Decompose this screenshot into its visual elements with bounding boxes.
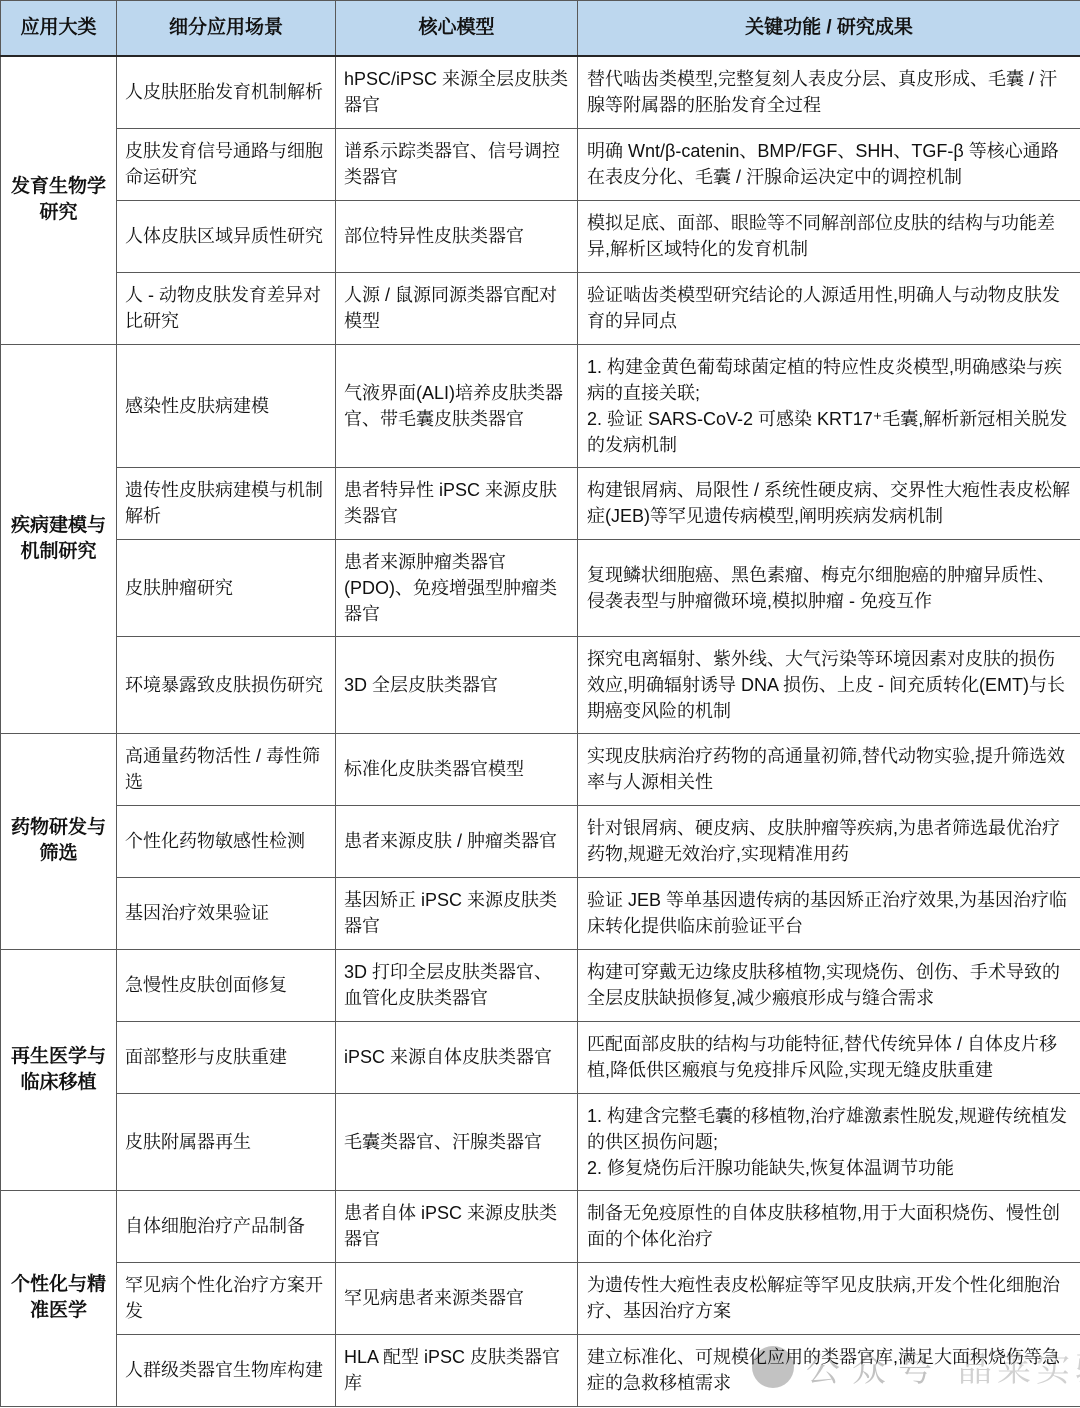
outcome-cell: 模拟足底、面部、眼睑等不同解剖部位皮肤的结构与功能差异,解析区域特化的发育机制 [578,200,1080,272]
outcome-cell: 复现鳞状细胞癌、黑色素瘤、梅克尔细胞癌的肿瘤异质性、侵袭表型与肿瘤微环境,模拟肿… [578,539,1080,636]
outcome-cell: 制备无免疫原性的自体皮肤移植物,用于大面积烧伤、慢性创面的个体化治疗 [578,1190,1080,1262]
header-cell-outcome: 关键功能 / 研究成果 [578,1,1080,57]
scenario-cell: 皮肤附属器再生 [117,1093,336,1190]
table-row: 皮肤肿瘤研究患者来源肿瘤类器官(PDO)、免疫增强型肿瘤类器官复现鳞状细胞癌、黑… [1,539,1080,636]
table-row: 药物研发与筛选高通量药物活性 / 毒性筛选标准化皮肤类器官模型实现皮肤病治疗药物… [1,733,1080,805]
outcome-cell: 1. 构建含完整毛囊的移植物,治疗雄激素性脱发,规避传统植发的供区损伤问题; 2… [578,1093,1080,1190]
model-cell: 人源 / 鼠源同源类器官配对模型 [336,272,578,344]
table-row: 遗传性皮肤病建模与机制解析患者特异性 iPSC 来源皮肤类器官构建银屑病、局限性… [1,467,1080,539]
model-cell: HLA 配型 iPSC 皮肤类器官库 [336,1334,578,1406]
model-cell: 3D 打印全层皮肤类器官、血管化皮肤类器官 [336,949,578,1021]
table-row: 基因治疗效果验证基因矫正 iPSC 来源皮肤类器官验证 JEB 等单基因遗传病的… [1,877,1080,949]
model-cell: 谱系示踪类器官、信号调控类器官 [336,128,578,200]
table-row: 个性化与精准医学自体细胞治疗产品制备患者自体 iPSC 来源皮肤类器官制备无免疫… [1,1190,1080,1262]
scenario-cell: 人皮肤胚胎发育机制解析 [117,56,336,128]
scenario-cell: 罕见病个性化治疗方案开发 [117,1262,336,1334]
model-cell: 患者特异性 iPSC 来源皮肤类器官 [336,467,578,539]
scenario-cell: 面部整形与皮肤重建 [117,1021,336,1093]
outcome-cell: 验证 JEB 等单基因遗传病的基因矫正治疗效果,为基因治疗临床转化提供临床前验证… [578,877,1080,949]
outcome-cell: 针对银屑病、硬皮病、皮肤肿瘤等疾病,为患者筛选最优治疗药物,规避无效治疗,实现精… [578,805,1080,877]
model-cell: 患者来源皮肤 / 肿瘤类器官 [336,805,578,877]
model-cell: 罕见病患者来源类器官 [336,1262,578,1334]
model-cell: 患者自体 iPSC 来源皮肤类器官 [336,1190,578,1262]
header-cell-category: 应用大类 [1,1,117,57]
header-cell-scenario: 细分应用场景 [117,1,336,57]
scenario-cell: 人群级类器官生物库构建 [117,1334,336,1406]
outcome-cell: 明确 Wnt/β-catenin、BMP/FGF、SHH、TGF-β 等核心通路… [578,128,1080,200]
outcome-cell: 建立标准化、可规模化应用的类器官库,满足大面积烧伤等急症的急救移植需求 [578,1334,1080,1406]
model-cell: 部位特异性皮肤类器官 [336,200,578,272]
table-row: 人体皮肤区域异质性研究部位特异性皮肤类器官模拟足底、面部、眼睑等不同解剖部位皮肤… [1,200,1080,272]
table-row: 环境暴露致皮肤损伤研究3D 全层皮肤类器官探究电离辐射、紫外线、大气污染等环境因… [1,636,1080,733]
table-row: 人群级类器官生物库构建HLA 配型 iPSC 皮肤类器官库建立标准化、可规模化应… [1,1334,1080,1406]
table-row: 人 - 动物皮肤发育差异对比研究人源 / 鼠源同源类器官配对模型验证啮齿类模型研… [1,272,1080,344]
table-row: 发育生物学研究人皮肤胚胎发育机制解析hPSC/iPSC 来源全层皮肤类器官替代啮… [1,56,1080,128]
outcome-cell: 替代啮齿类模型,完整复刻人表皮分层、真皮形成、毛囊 / 汗腺等附属器的胚胎发育全… [578,56,1080,128]
scenario-cell: 基因治疗效果验证 [117,877,336,949]
scenario-cell: 人体皮肤区域异质性研究 [117,200,336,272]
scenario-cell: 环境暴露致皮肤损伤研究 [117,636,336,733]
table-row: 疾病建模与机制研究感染性皮肤病建模气液界面(ALI)培养皮肤类器官、带毛囊皮肤类… [1,344,1080,467]
model-cell: hPSC/iPSC 来源全层皮肤类器官 [336,56,578,128]
model-cell: 标准化皮肤类器官模型 [336,733,578,805]
outcome-cell: 构建银屑病、局限性 / 系统性硬皮病、交界性大疱性表皮松解症(JEB)等罕见遗传… [578,467,1080,539]
table-row: 再生医学与临床移植急慢性皮肤创面修复3D 打印全层皮肤类器官、血管化皮肤类器官构… [1,949,1080,1021]
scenario-cell: 感染性皮肤病建模 [117,344,336,467]
scenario-cell: 遗传性皮肤病建模与机制解析 [117,467,336,539]
scenario-cell: 人 - 动物皮肤发育差异对比研究 [117,272,336,344]
outcome-cell: 为遗传性大疱性表皮松解症等罕见皮肤病,开发个性化细胞治疗、基因治疗方案 [578,1262,1080,1334]
scenario-cell: 皮肤发育信号通路与细胞命运研究 [117,128,336,200]
table-row: 面部整形与皮肤重建iPSC 来源自体皮肤类器官匹配面部皮肤的结构与功能特征,替代… [1,1021,1080,1093]
category-cell: 发育生物学研究 [1,56,117,344]
scenario-cell: 皮肤肿瘤研究 [117,539,336,636]
outcome-cell: 匹配面部皮肤的结构与功能特征,替代传统异体 / 自体皮片移植,降低供区瘢痕与免疫… [578,1021,1080,1093]
header-row: 应用大类 细分应用场景 核心模型 关键功能 / 研究成果 [1,1,1080,57]
table-row: 个性化药物敏感性检测患者来源皮肤 / 肿瘤类器官针对银屑病、硬皮病、皮肤肿瘤等疾… [1,805,1080,877]
header-cell-model: 核心模型 [336,1,578,57]
model-cell: 基因矫正 iPSC 来源皮肤类器官 [336,877,578,949]
outcome-cell: 探究电离辐射、紫外线、大气污染等环境因素对皮肤的损伤效应,明确辐射诱导 DNA … [578,636,1080,733]
scenario-cell: 急慢性皮肤创面修复 [117,949,336,1021]
scenario-cell: 个性化药物敏感性检测 [117,805,336,877]
model-cell: 气液界面(ALI)培养皮肤类器官、带毛囊皮肤类器官 [336,344,578,467]
scenario-cell: 高通量药物活性 / 毒性筛选 [117,733,336,805]
model-cell: 毛囊类器官、汗腺类器官 [336,1093,578,1190]
category-cell: 疾病建模与机制研究 [1,344,117,733]
model-cell: 患者来源肿瘤类器官(PDO)、免疫增强型肿瘤类器官 [336,539,578,636]
category-cell: 再生医学与临床移植 [1,949,117,1190]
category-cell: 个性化与精准医学 [1,1190,117,1406]
outcome-cell: 实现皮肤病治疗药物的高通量初筛,替代动物实验,提升筛选效率与人源相关性 [578,733,1080,805]
table-row: 皮肤附属器再生毛囊类器官、汗腺类器官1. 构建含完整毛囊的移植物,治疗雄激素性脱… [1,1093,1080,1190]
scenario-cell: 自体细胞治疗产品制备 [117,1190,336,1262]
outcome-cell: 构建可穿戴无边缘皮肤移植物,实现烧伤、创伤、手术导致的全层皮肤缺损修复,减少瘢痕… [578,949,1080,1021]
table-row: 罕见病个性化治疗方案开发罕见病患者来源类器官为遗传性大疱性表皮松解症等罕见皮肤病… [1,1262,1080,1334]
skin-organoid-applications-table: 应用大类 细分应用场景 核心模型 关键功能 / 研究成果 发育生物学研究人皮肤胚… [0,0,1080,1407]
table-row: 皮肤发育信号通路与细胞命运研究谱系示踪类器官、信号调控类器官明确 Wnt/β-c… [1,128,1080,200]
outcome-cell: 验证啮齿类模型研究结论的人源适用性,明确人与动物皮肤发育的异同点 [578,272,1080,344]
model-cell: 3D 全层皮肤类器官 [336,636,578,733]
outcome-cell: 1. 构建金黄色葡萄球菌定植的特应性皮炎模型,明确感染与疾病的直接关联; 2. … [578,344,1080,467]
category-cell: 药物研发与筛选 [1,733,117,949]
model-cell: iPSC 来源自体皮肤类器官 [336,1021,578,1093]
